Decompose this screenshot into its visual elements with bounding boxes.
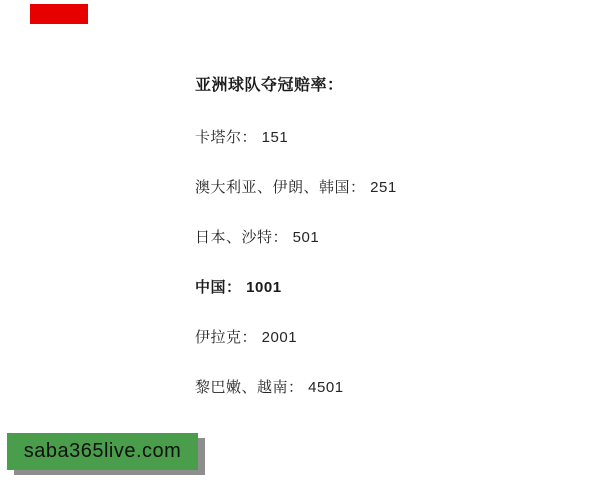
odds-line-japan-saudi: 日本、沙特： 501 xyxy=(195,229,319,246)
odds-line-qatar: 卡塔尔： 151 xyxy=(195,129,288,146)
watermark-site-label: saba365live.com xyxy=(24,440,182,463)
odds-line-australia-iran-korea: 澳大利亚、伊朗、韩国： 251 xyxy=(195,179,397,196)
odds-line-lebanon-vietnam: 黎巴嫩、越南： 4501 xyxy=(195,379,344,396)
odds-line-iraq: 伊拉克： 2001 xyxy=(195,329,297,346)
odds-line-china: 中国： 1001 xyxy=(195,279,282,296)
red-marker-block xyxy=(30,4,88,24)
watermark-box: saba365live.com xyxy=(7,433,198,470)
odds-title: 亚洲球队夺冠赔率： xyxy=(195,77,344,95)
page: 亚洲球队夺冠赔率： 卡塔尔： 151 澳大利亚、伊朗、韩国： 251 日本、沙特… xyxy=(0,0,600,480)
